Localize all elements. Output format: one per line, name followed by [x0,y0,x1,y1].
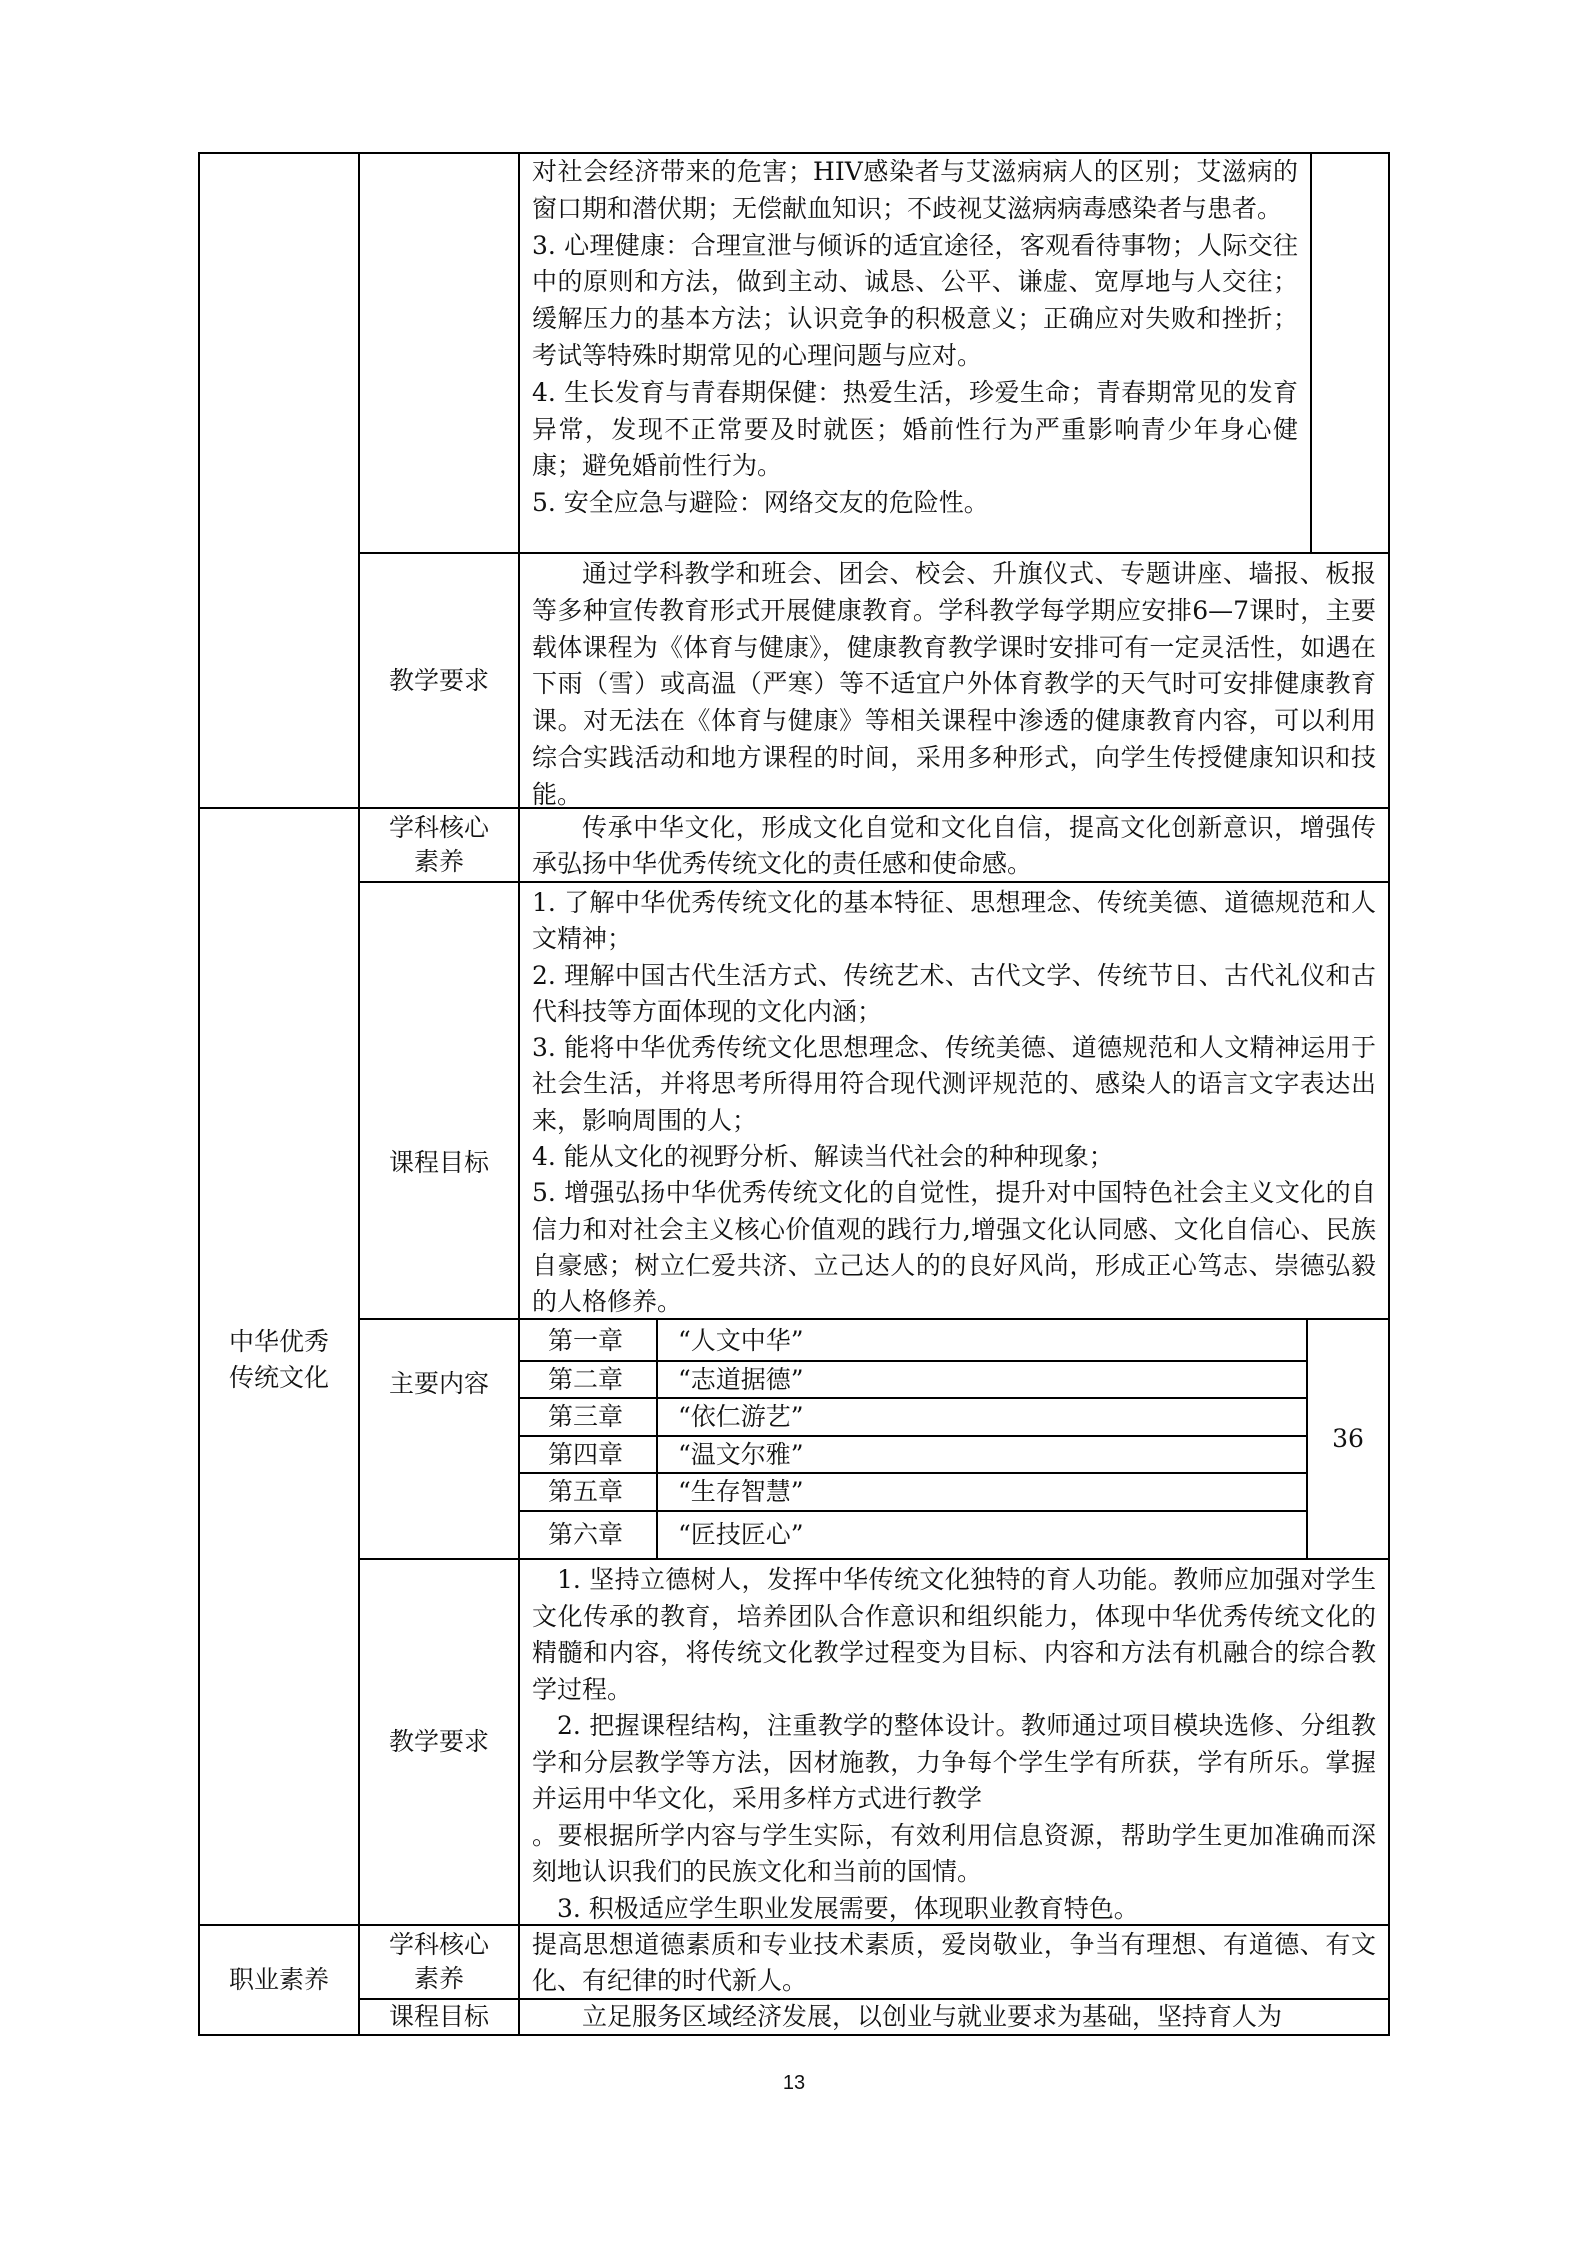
table-bottom-border [199,2034,1390,2036]
culture-teaching-req-cell: 1. 坚持立德树人，发挥中华传统文化独特的育人功能。教师应加强对学生文化传承的教… [520,1560,1388,1927]
chapter-title: “人文中华” [678,1322,804,1359]
health-content-para: 3. 心理健康：合理宣泄与倾诉的适宜途径，客观看待事物；人际交往中的原则和方法，… [532,228,1298,375]
chapter-row-divider [519,1472,1307,1474]
career-core-text: 提高思想道德素质和专业技术素质，爱岗敬业，争当有理想、有道德、有文化、有纪律的时… [532,1927,1376,1999]
chapter-title: “依仁游艺” [678,1398,804,1435]
goal-item: 4. 能从文化的视野分析、解读当代社会的种种现象； [532,1139,1376,1175]
label-text: 教学要求 [389,1724,489,1760]
culture-goals-cell: 1. 了解中华优秀传统文化的基本特征、思想理念、传统美德、道德规范和人文精神； … [520,883,1388,1321]
goal-item: 5. 增强弘扬中华优秀传统文化的自觉性，提升对中国特色社会主义文化的自信力和对社… [532,1175,1376,1320]
chapter-title: “生存智慧” [678,1473,804,1510]
culture-core-text: 传承中华文化，形成文化自觉和文化自信，提高文化创新意识，增强传承弘扬中华优秀传统… [532,810,1376,882]
chapter-number: 第六章 [548,1516,623,1553]
culture-section-label: 中华优秀 传统文化 [200,809,358,1924]
culture-goals-label: 课程目标 [360,883,518,1318]
teaching-req-item: 3. 积极适应学生职业发展需要，体现职业教育特色。 [532,1891,1376,1928]
label-line2: 素养 [414,1962,464,1996]
goal-item: 2. 理解中国古代生活方式、传统艺术、古代文学、传统节日、古代礼仪和古代科技等方… [532,958,1376,1031]
label-line2: 素养 [414,845,464,879]
chapter-number: 第三章 [548,1398,623,1435]
label-line1: 学科核心 [389,811,489,845]
chapter-col-divider [656,1318,658,1559]
culture-content-label: 主要内容 [360,1320,518,1558]
culture-core-label: 学科核心 素养 [360,809,518,881]
chapter-title: “匠技匠心” [678,1516,804,1553]
career-core-cell: 提高思想道德素质和专业技术素质，爱岗敬业，争当有理想、有道德、有文化、有纪律的时… [520,1926,1388,1999]
label-text: 教学要求 [389,663,489,699]
goal-item: 1. 了解中华优秀传统文化的基本特征、思想理念、传统美德、道德规范和人文精神； [532,885,1376,958]
teaching-req-item: 。要根据所学内容与学生实际，有效利用信息资源，帮助学生更加准确而深刻地认识我们的… [532,1818,1376,1891]
label-text: 主要内容 [389,1366,489,1402]
section-name-line1: 中华优秀 [229,1324,329,1360]
career-section-label: 职业素养 [200,1926,358,2034]
health-teaching-req-text: 通过学科教学和班会、团会、校会、升旗仪式、专题讲座、墙报、板报等多种宣传教育形式… [532,556,1376,814]
chapter-title: “志道据德” [678,1361,804,1398]
col-divider-hours-top [1310,152,1312,553]
health-content-para: 4. 生长发育与青春期保健：热爱生活，珍爱生命；青春期常见的发育异常，发现不正常… [532,375,1298,485]
chapter-row-divider [519,1510,1307,1512]
teaching-req-item: 1. 坚持立德树人，发挥中华传统文化独特的育人功能。教师应加强对学生文化传承的教… [532,1562,1376,1708]
career-goals-text: 立足服务区域经济发展，以创业与就业要求为基础，坚持育人为 [532,2000,1376,2034]
chapter-number: 第五章 [548,1473,623,1510]
chapter-number: 第二章 [548,1361,623,1398]
chapter-number: 第一章 [548,1322,623,1359]
section-name: 职业素养 [229,1962,329,1998]
career-goals-cell: 立足服务区域经济发展，以创业与就业要求为基础，坚持育人为 [520,2000,1388,2034]
health-content-para: 5. 安全应急与避险：网络交友的危险性。 [532,485,1298,522]
teaching-req-item: 2. 把握课程结构，注重教学的整体设计。教师通过项目模块选修、分组教学和分层教学… [532,1708,1376,1818]
label-line1: 学科核心 [389,1928,489,1962]
goal-item: 3. 能将中华优秀传统文化思想理念、传统美德、道德规范和人文精神运用于社会生活，… [532,1030,1376,1139]
page-number: 13 [0,2072,1588,2095]
career-core-label: 学科核心 素养 [360,1926,518,1998]
chapter-row-divider [519,1435,1307,1437]
culture-core-cell: 传承中华文化，形成文化自觉和文化自信，提高文化创新意识，增强传承弘扬中华优秀传统… [520,809,1388,882]
career-goals-label: 课程目标 [360,2000,518,2034]
chapter-row-divider [519,1360,1307,1362]
health-teaching-req-label: 教学要求 [360,554,518,807]
label-text: 课程目标 [389,1145,489,1181]
chapter-row-divider [519,1397,1307,1399]
hours-value: 36 [1332,1421,1364,1457]
health-teaching-req-cell: 通过学科教学和班会、团会、校会、升旗仪式、专题讲座、墙报、板报等多种宣传教育形式… [520,554,1388,814]
table-right-border [1388,152,1390,2036]
culture-teaching-req-label: 教学要求 [360,1560,518,1924]
chapter-number: 第四章 [548,1436,623,1473]
chapter-title: “温文尔雅” [678,1436,804,1473]
hours-cell: 36 [1308,1320,1388,1558]
section-name-line2: 传统文化 [229,1360,329,1396]
health-content-para: 对社会经济带来的危害；HIV感染者与艾滋病病人的区别；艾滋病的窗口期和潜伏期；无… [532,154,1298,228]
health-content-cell: 对社会经济带来的危害；HIV感染者与艾滋病病人的区别；艾滋病的窗口期和潜伏期；无… [520,152,1310,522]
label-text: 课程目标 [389,1999,489,2035]
